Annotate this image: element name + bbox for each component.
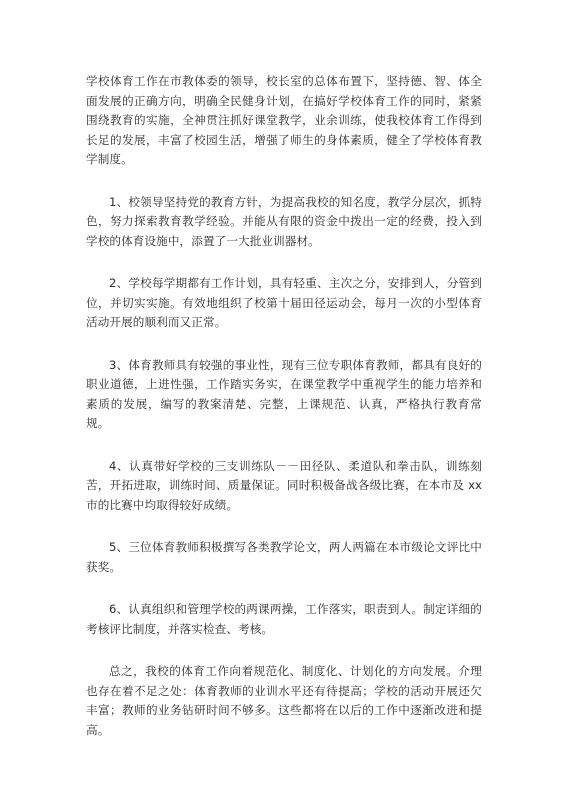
item-4-paragraph: 4、认真带好学校的三支训练队－－田径队、柔道队和拳击队，训练刻苦，开拓进取，训练… (86, 457, 482, 516)
document-page: 学校体育工作在市教体委的领导，校长室的总体布置下，坚持德、智、体全面发展的正确方… (86, 72, 482, 740)
paragraph-gap (86, 434, 482, 457)
item-3-paragraph: 3、体育教师具有较强的事业性，现有三位专职体育教师，都具有良好的职业道德，上进性… (86, 356, 482, 434)
item-5-paragraph: 5、三位体育教师积极撰写各类教学论文，两人两篇在本市级论文评比中获奖。 (86, 538, 482, 577)
item-2-paragraph: 2、学校每学期都有工作计划，具有轻重、主次之分，安排到人，分管到位，并切实实施。… (86, 274, 482, 333)
paragraph-gap (86, 577, 482, 600)
paragraph-gap (86, 333, 482, 356)
item-6-paragraph: 6、认真组织和管理学校的两课两操，工作落实，职责到人。制定详细的考核评比制度，并… (86, 600, 482, 639)
paragraph-gap (86, 251, 482, 274)
paragraph-gap (86, 515, 482, 538)
paragraph-gap (86, 639, 482, 662)
intro-paragraph: 学校体育工作在市教体委的领导，校长室的总体布置下，坚持德、智、体全面发展的正确方… (86, 72, 482, 170)
paragraph-gap (86, 170, 482, 193)
summary-paragraph: 总之，我校的体育工作向着规范化、制度化、计划化的方向发展。介理也存在着不足之处：… (86, 662, 482, 740)
item-1-paragraph: 1、校领导坚持党的教育方针，为提高我校的知名度，教学分层次，抓特色，努力探索教育… (86, 193, 482, 252)
